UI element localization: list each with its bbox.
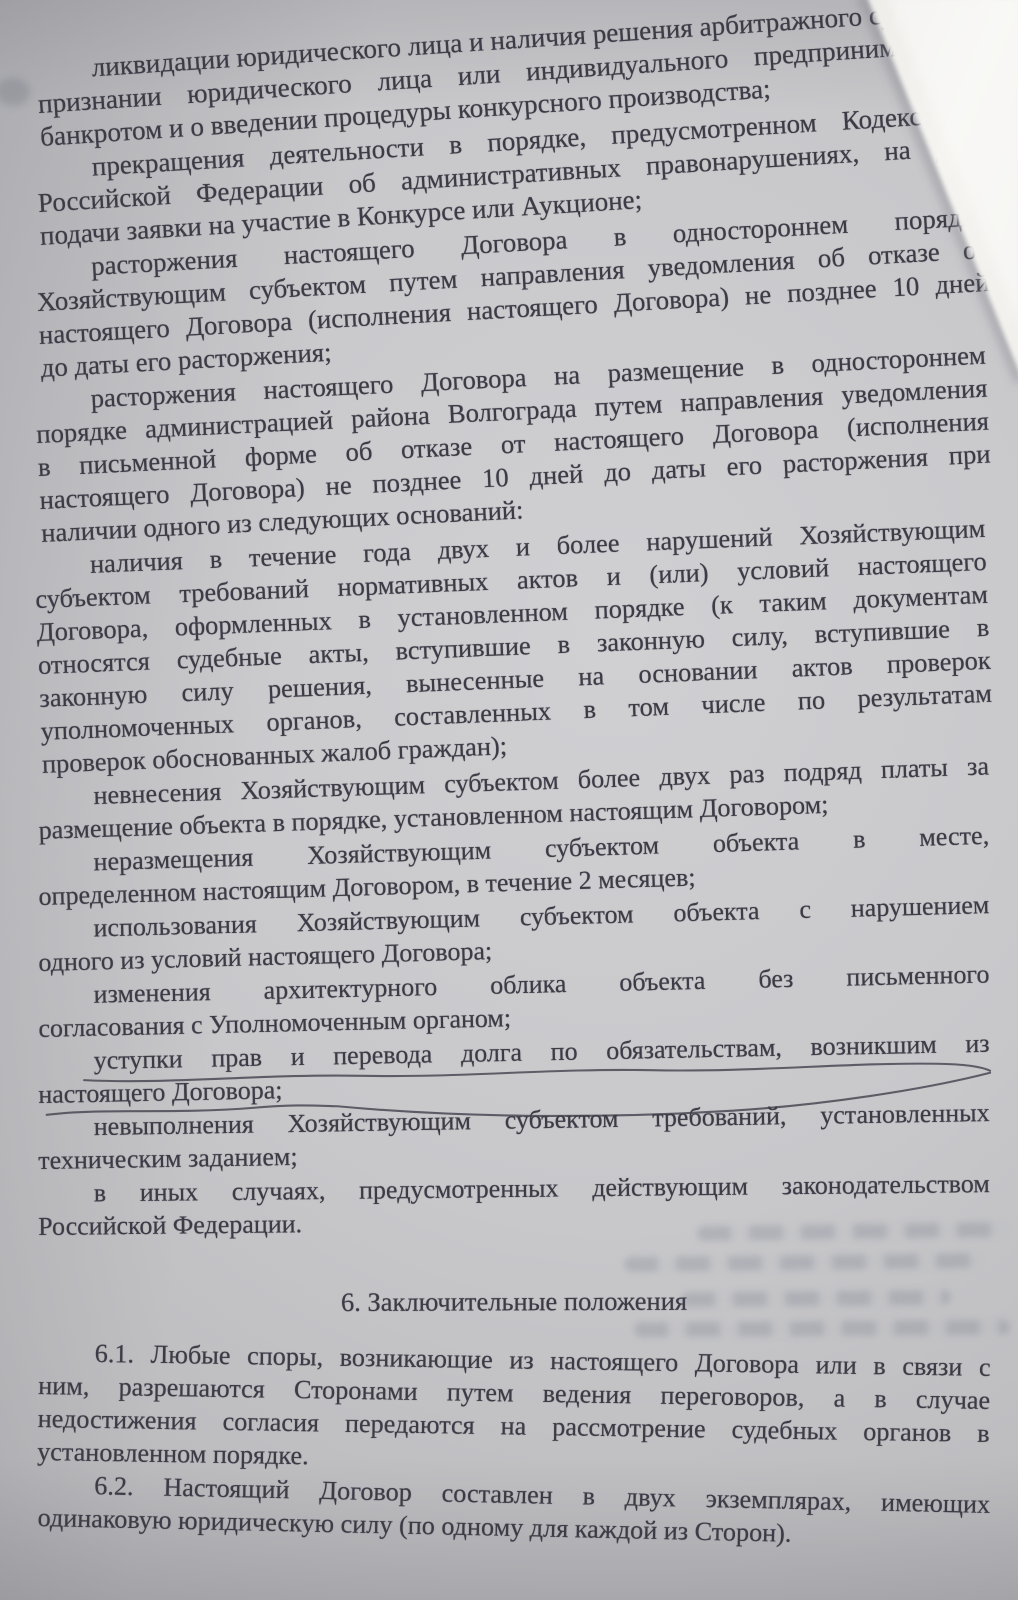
paragraph: наличия в течение года двух и более нару… bbox=[33, 512, 994, 781]
paragraph: невыполнения Хозяйствующим субъектом тре… bbox=[37, 1096, 990, 1177]
document-photo: { "document": { "language": "ru", "block… bbox=[0, 0, 1018, 1600]
contract-text-column: ликвидации юридического лица и наличия р… bbox=[38, 55, 990, 1534]
paragraph: 6.1. Любые споры, возникающие из настоящ… bbox=[37, 1336, 991, 1483]
bleed-through-ghost bbox=[681, 1290, 951, 1307]
bleed-through-ghost bbox=[634, 1320, 1010, 1338]
